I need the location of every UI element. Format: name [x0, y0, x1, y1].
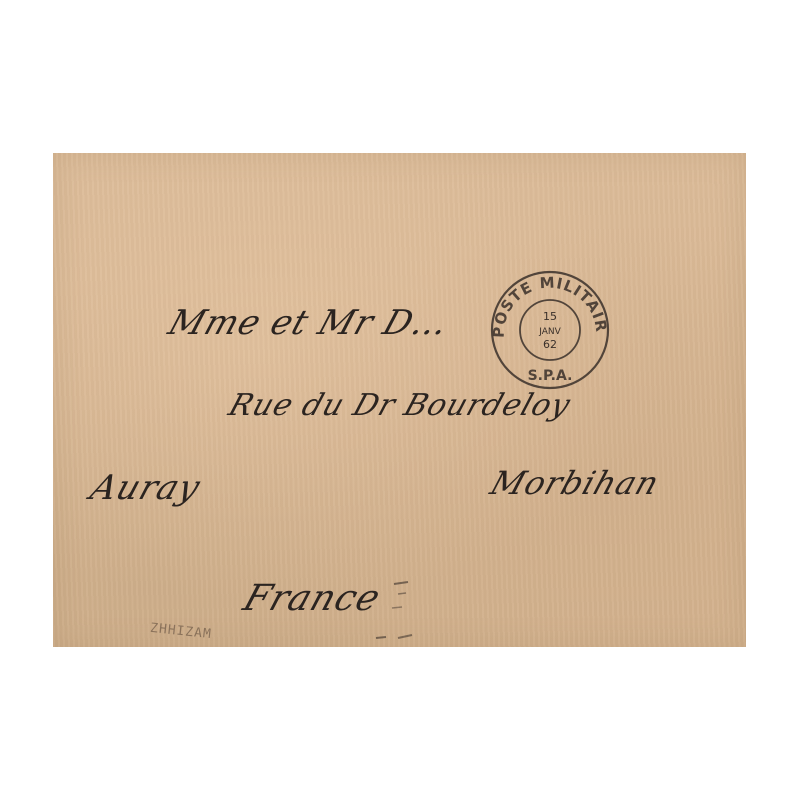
- faint-cancellation-marks: [372, 576, 432, 646]
- postmark-day: 15: [543, 310, 557, 323]
- region: Morbihan: [486, 464, 665, 502]
- postmark-month: JANV: [538, 327, 561, 337]
- postmark-bottom-text: S.P.A.: [528, 368, 573, 384]
- postmark-year: 62: [543, 338, 557, 351]
- street-address: Rue du Dr Bourdeloy: [224, 388, 575, 423]
- country: France: [238, 578, 386, 619]
- addressee-name: Mme et Mr D…: [164, 303, 455, 343]
- postmark-stamp: POSTE MILITAIRE S.P.A. 15 JANV 62: [488, 268, 612, 392]
- city: Auray: [86, 468, 206, 508]
